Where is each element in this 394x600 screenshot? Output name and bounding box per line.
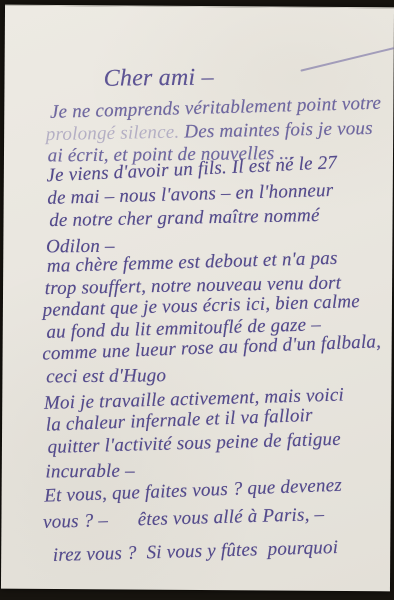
letter-scan: Cher ami – Je ne comprends véritablement… xyxy=(0,0,394,600)
letter-line: irez vous ? Si vous y fûtes pourquoi xyxy=(22,516,339,588)
letter-paper: Cher ami – Je ne comprends véritablement… xyxy=(1,5,394,592)
letter-line-text: irez vous ? Si vous y fûtes pourquoi xyxy=(53,537,339,566)
stray-ink-stroke-icon xyxy=(300,47,394,72)
